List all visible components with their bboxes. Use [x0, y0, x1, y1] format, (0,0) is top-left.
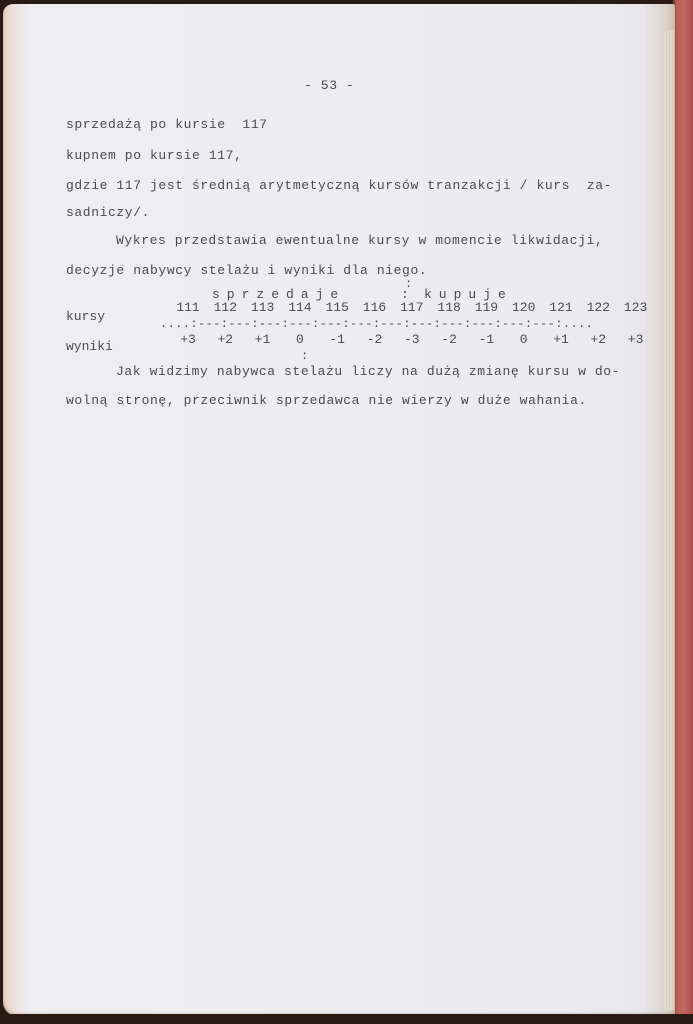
row-label-wyniki: wyniki — [66, 340, 113, 353]
kurs-value: 117 — [393, 301, 431, 314]
kurs-value: 118 — [430, 301, 468, 314]
wynik-value: +1 — [244, 333, 282, 346]
page-number: - 53 - — [304, 79, 354, 92]
wynik-value: 0 — [505, 333, 543, 346]
text-line: wolną stronę, przeciwnik sprzedawca nie … — [66, 394, 587, 407]
kurs-value: 121 — [542, 301, 580, 314]
wynik-value: +3 — [617, 333, 655, 346]
kurs-value: 120 — [505, 301, 543, 314]
kurs-value: 114 — [281, 301, 319, 314]
wynik-value: +2 — [579, 333, 617, 346]
kurs-value: 113 — [244, 301, 282, 314]
wynik-value: +2 — [206, 333, 244, 346]
axis-line: ....:---:---:---:---:---:---:---:---:---… — [160, 318, 650, 328]
page-edges — [664, 30, 674, 1010]
wynik-value: +3 — [169, 333, 207, 346]
wynik-value: -3 — [393, 333, 431, 346]
row-label-kursy: kursy — [66, 310, 105, 323]
paragraph-start: Wykres przedstawia ewentualne kursy w mo… — [116, 234, 603, 247]
wynik-value: -2 — [356, 333, 394, 346]
text-line: sadniczy/. — [66, 206, 150, 219]
kurs-value: 123 — [617, 301, 655, 314]
wynik-value: 0 — [281, 333, 319, 346]
kurs-value: 115 — [318, 301, 356, 314]
kurs-value: 116 — [356, 301, 394, 314]
text-line: sprzedażą po kursie 117 — [66, 118, 268, 131]
text-line: gdzie 117 jest średnią arytmetyczną kurs… — [66, 179, 612, 192]
divider-marker: : — [301, 350, 308, 362]
text-line: kupnem po kursie 117, — [66, 149, 242, 162]
kurs-value: 119 — [467, 301, 505, 314]
wynik-value: -2 — [430, 333, 468, 346]
wynik-value: +1 — [542, 333, 580, 346]
wynik-value: -1 — [318, 333, 356, 346]
kurs-value: 111 — [169, 301, 207, 314]
background-strip — [0, 1014, 693, 1024]
text-line: decyzje nabywcy stelażu i wyniki dla nie… — [66, 264, 427, 277]
paragraph-start: Jak widzimy nabywca stelażu liczy na duż… — [116, 365, 620, 378]
kurs-value: 112 — [206, 301, 244, 314]
wynik-value: -1 — [467, 333, 505, 346]
kurs-value: 122 — [579, 301, 617, 314]
